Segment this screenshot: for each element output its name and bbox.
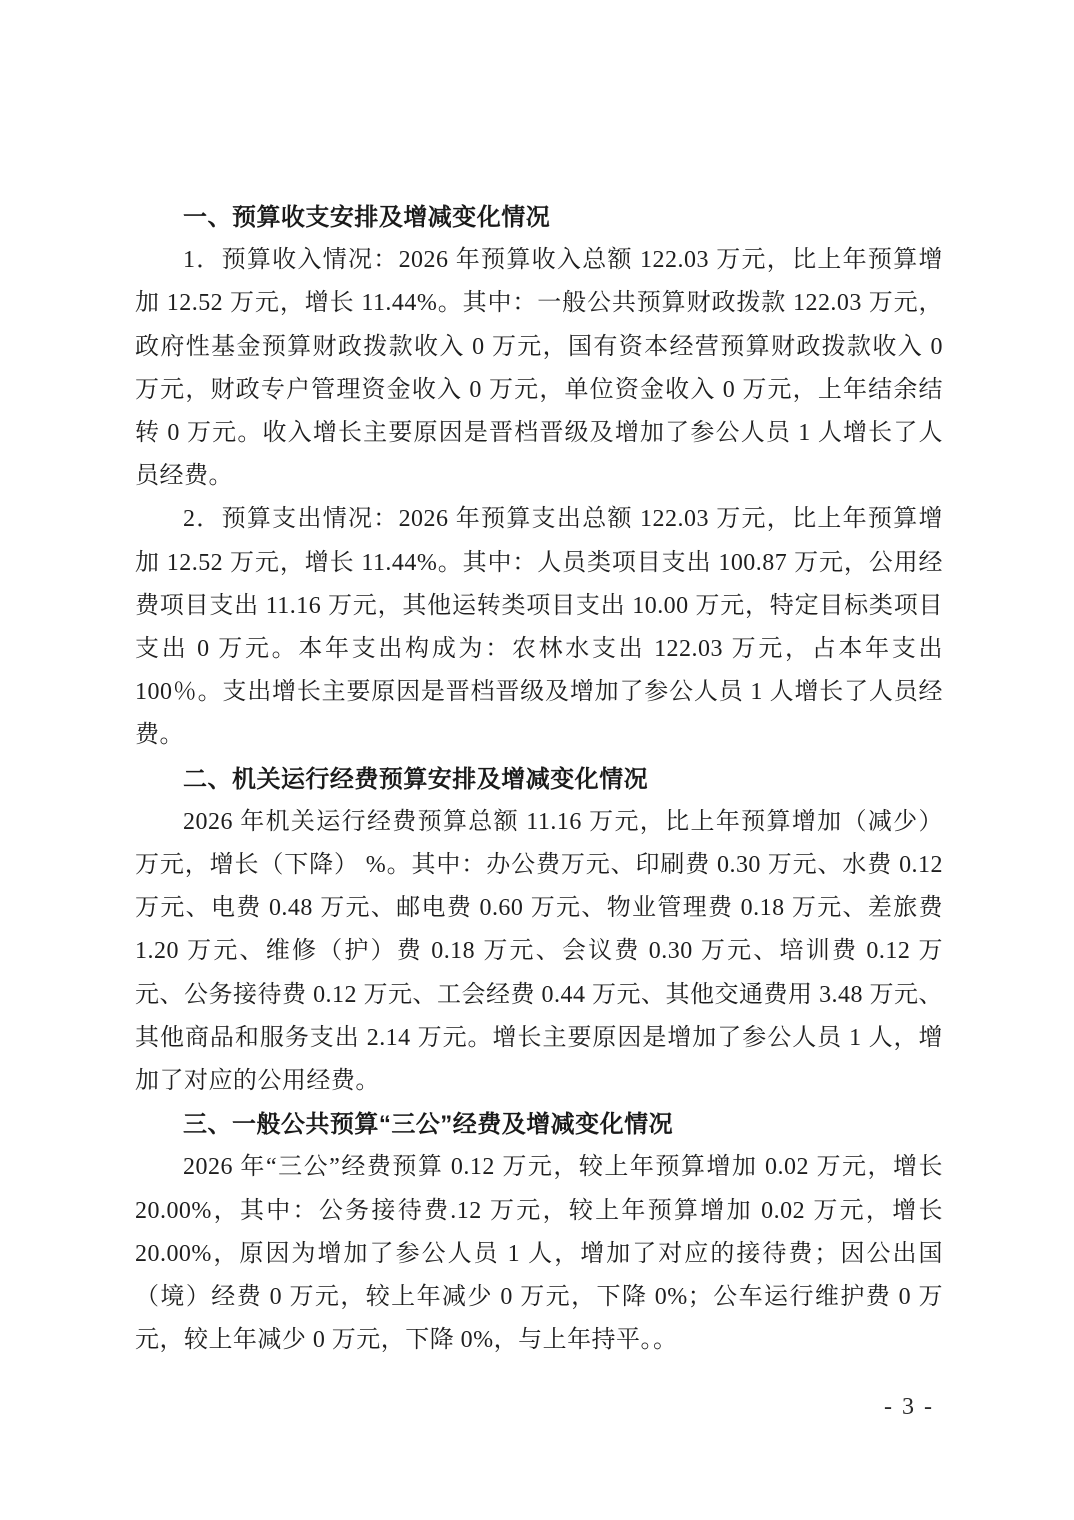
document-body: 一、预算收支安排及增减变化情况 1．预算收入情况：2026 年预算收入总额 12…: [135, 196, 943, 1362]
section-heading-operating-expenses: 二、机关运行经费预算安排及增减变化情况: [135, 758, 943, 801]
document-page: 一、预算收支安排及增减变化情况 1．预算收入情况：2026 年预算收入总额 12…: [0, 0, 1074, 1520]
body-paragraph-budget-expenditure: 2．预算支出情况：2026 年预算支出总额 122.03 万元，比上年预算增加 …: [135, 498, 943, 757]
body-paragraph-budget-income: 1．预算收入情况：2026 年预算收入总额 122.03 万元，比上年预算增加 …: [135, 239, 943, 498]
page-number: - 3 -: [884, 1392, 934, 1422]
body-paragraph-three-public-expenses: 2026 年“三公”经费预算 0.12 万元，较上年预算增加 0.02 万元，增…: [135, 1146, 943, 1362]
section-heading-three-public-expenses: 三、一般公共预算“三公”经费及增减变化情况: [135, 1103, 943, 1146]
section-heading-budget-overview: 一、预算收支安排及增减变化情况: [135, 196, 943, 239]
body-paragraph-operating-expenses: 2026 年机关运行经费预算总额 11.16 万元，比上年预算增加（减少）万元，…: [135, 801, 943, 1103]
